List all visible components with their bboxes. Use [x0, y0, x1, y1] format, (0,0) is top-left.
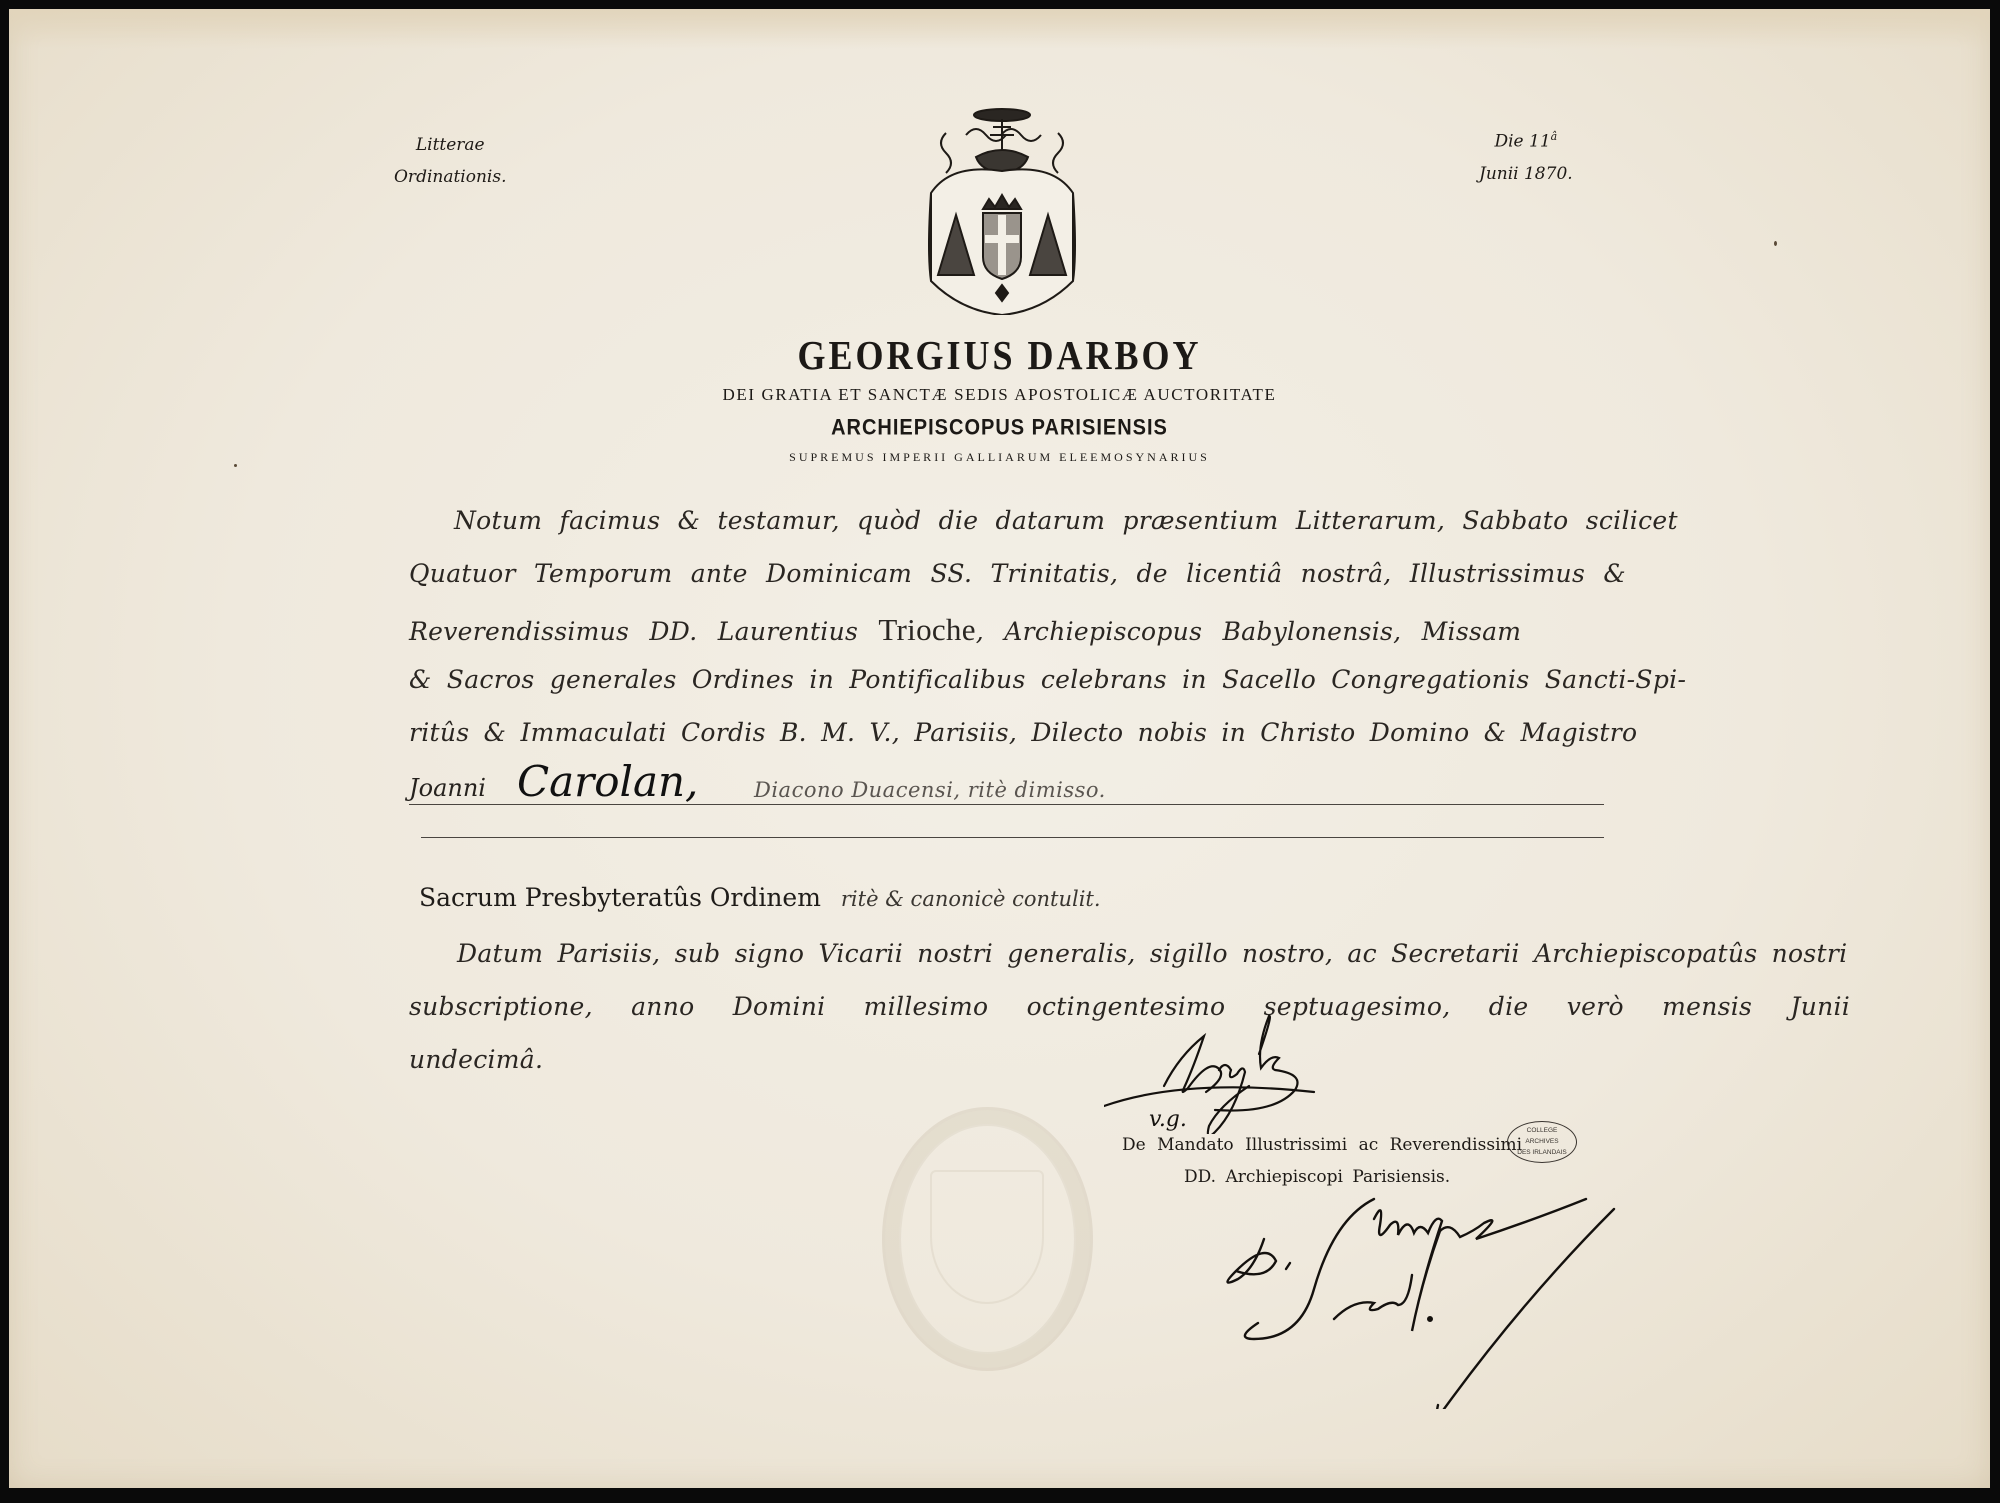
order-name: Sacrum Presbyteratûs Ordinem [419, 883, 821, 912]
body-line-4: & Sacros generales Ordines in Pontifical… [409, 665, 1686, 694]
mandate-line-1: De Mandato Illustrissimi ac Reverendissi… [1122, 1135, 1522, 1155]
dating-line-1: Datum Parisiis, sub signo Vicarii nostri… [457, 939, 1847, 968]
seal-crest [930, 1170, 1044, 1304]
bishop-name: Trioche [878, 612, 975, 647]
corner-left-line2: Ordinationis. [394, 161, 506, 193]
document-page: Litterae Ordinationis. Die 11â Junii 187… [9, 9, 1990, 1488]
svg-text:v.g.: v.g. [1149, 1107, 1187, 1132]
ordinand-first-name: Joanni [409, 774, 486, 802]
signature-bayle-icon: v.g. [1104, 1014, 1404, 1134]
paper-speck [234, 464, 237, 467]
body-line-2: Quatuor Temporum ante Dominicam SS. Trin… [409, 559, 1626, 588]
date-line1: Die 11â [1479, 121, 1573, 158]
embossed-seal-icon [882, 1107, 1093, 1371]
order-conferred: Sacrum Presbyteratûs Ordinem ritè & cano… [419, 883, 1101, 912]
header-grace: DEI GRATIA ET SANCTÆ SEDIS APOSTOLICÆ AU… [9, 385, 1990, 405]
header-subtitle: SUPREMUS IMPERII GALLIARUM ELEEMOSYNARIU… [9, 450, 1990, 465]
ordinand-field: Joanni Carolan, Diacono Duacensi, ritè d… [409, 764, 1604, 805]
archbishop-name: GEORGIUS DARBOY [9, 331, 1990, 379]
date-line2: Junii 1870. [1479, 158, 1573, 190]
blank-rule [421, 837, 1604, 838]
body-line-1: Notum facimus & testamur, quòd die datar… [454, 506, 1678, 535]
document-date: Die 11â Junii 1870. [1479, 121, 1573, 190]
signature-schaeffer-icon [1214, 1179, 1634, 1409]
header-title: ARCHIEPISCOPUS PARISIENSIS [9, 416, 1990, 441]
order-printed-text: ritè & canonicè contulit. [841, 887, 1101, 911]
dating-line-3: undecimâ. [409, 1045, 543, 1074]
corner-left-line1: Litterae [394, 129, 506, 161]
body-line-5: ritûs & Immaculati Cordis B. M. V., Pari… [409, 718, 1637, 747]
archive-stamp: COLLEGE ARCHIVES DES IRLANDAIS [1507, 1121, 1577, 1163]
body-line-3: Reverendissimus DD. Laurentius Trioche, … [409, 612, 1521, 648]
paper-speck [1774, 241, 1777, 246]
coat-of-arms-icon [911, 105, 1093, 315]
ordinand-surname: Carolan, [517, 757, 698, 806]
document-label: Litterae Ordinationis. [394, 129, 506, 193]
ordinand-description: Diacono Duacensi, ritè dimisso. [754, 778, 1106, 802]
